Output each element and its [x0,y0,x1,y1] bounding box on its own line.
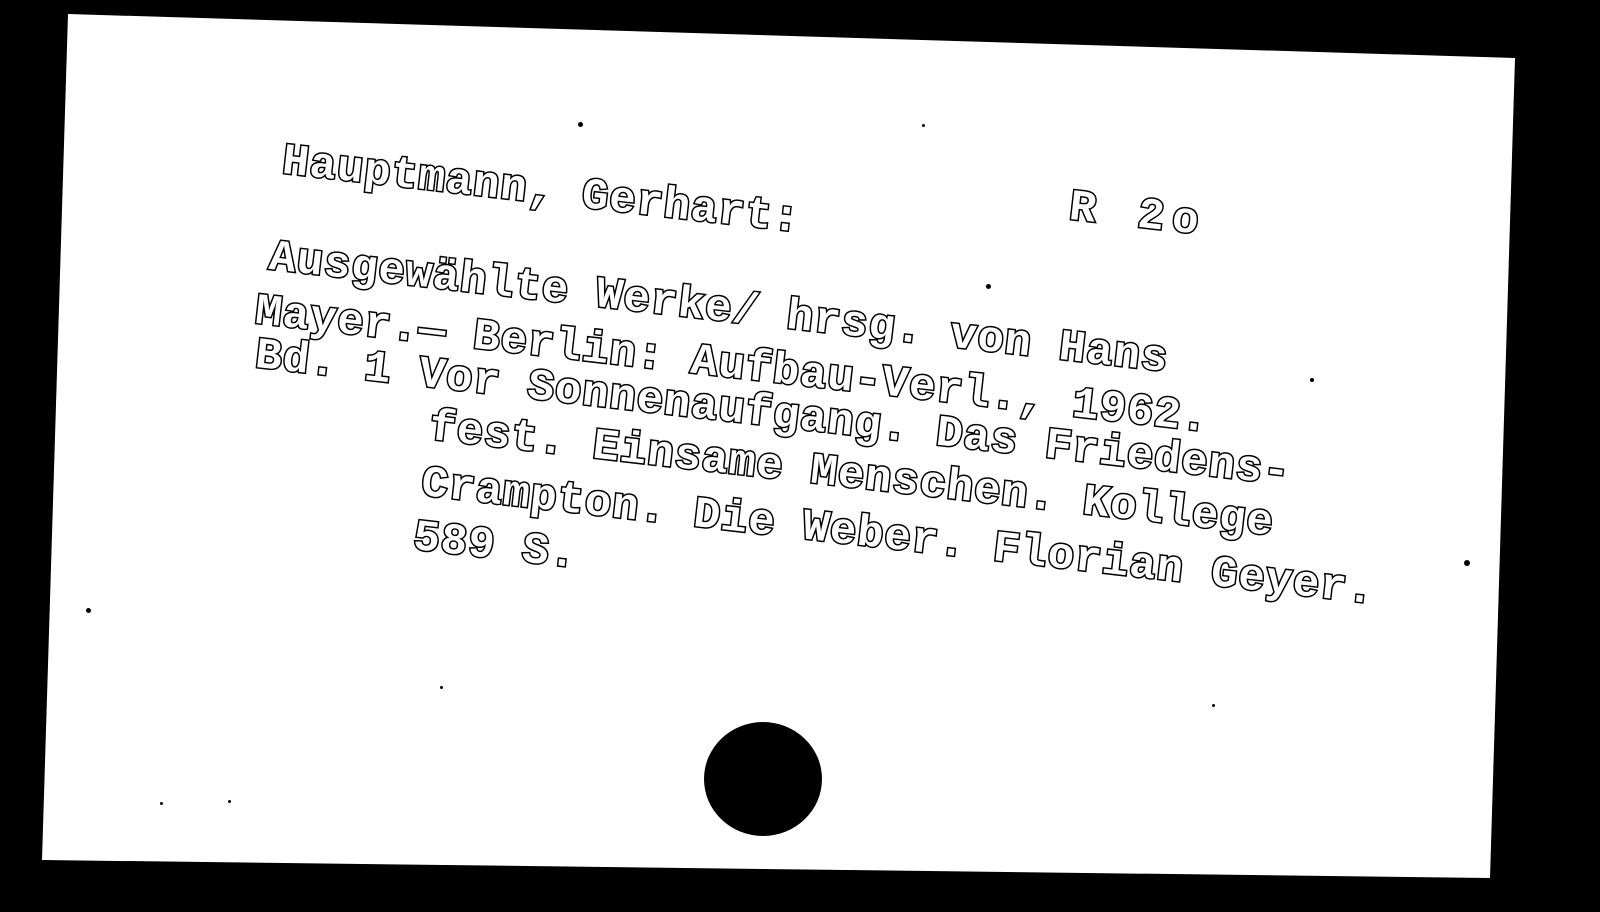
punch-hole [704,722,822,836]
scan-speck [578,122,583,127]
scan-speck [922,124,925,127]
scan-speck [86,608,91,613]
scan-speck [1310,378,1314,382]
scan-speck [1464,560,1470,566]
scan-speck [440,686,443,689]
scan-speck [228,800,231,803]
scan-speck [1212,704,1215,707]
scan-speck [160,802,163,805]
scan-speck [986,284,991,289]
scanned-catalog-card: Hauptmann, Gerhart: R 2o Ausgewählte Wer… [0,0,1600,912]
